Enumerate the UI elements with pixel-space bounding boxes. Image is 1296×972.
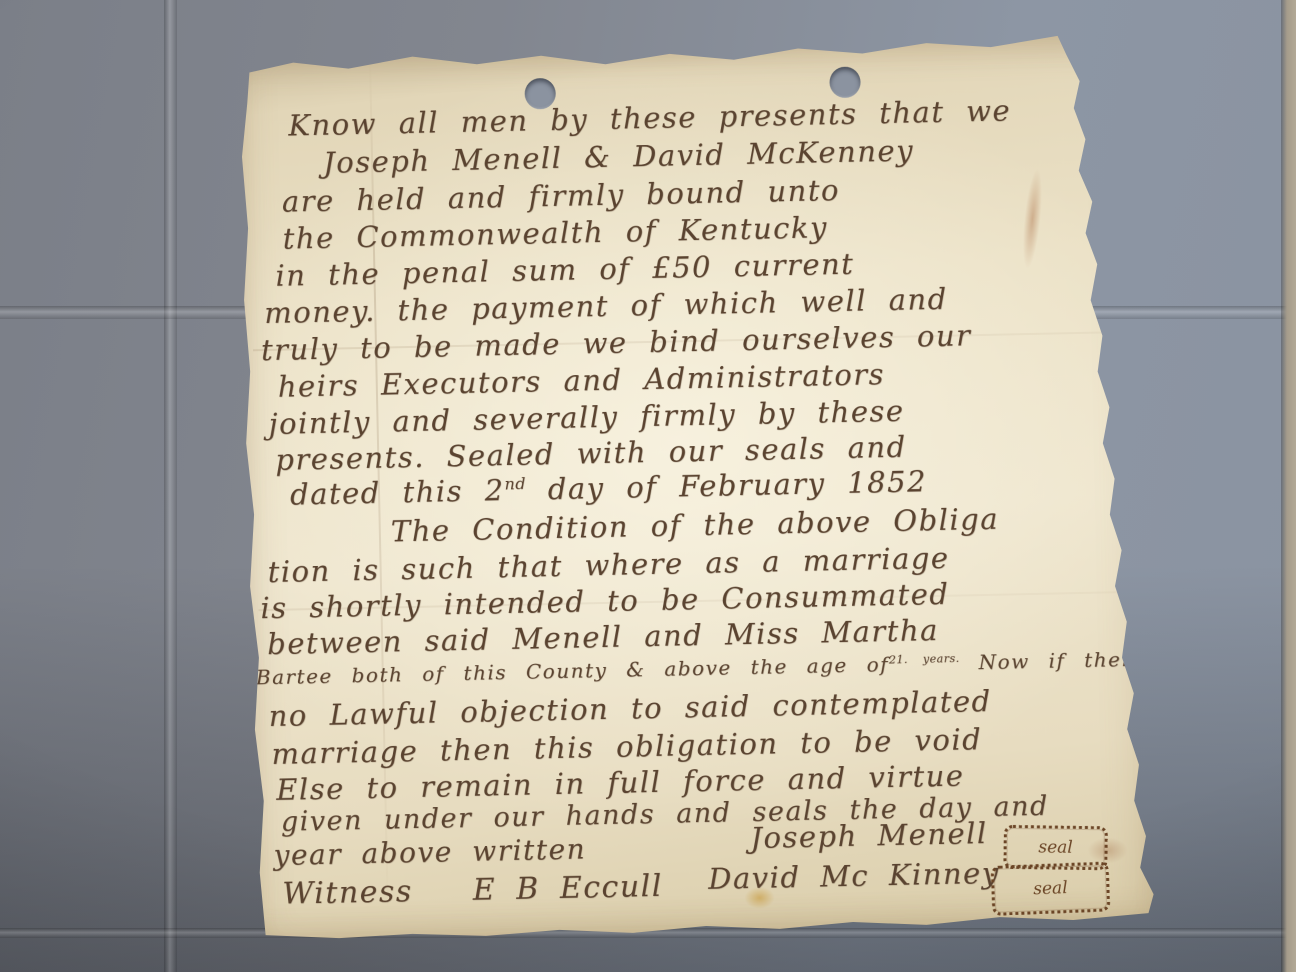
witness-signature: E B Eccull xyxy=(472,869,663,908)
panel-seam-vertical-left xyxy=(164,0,177,972)
closing-year-line: year above written xyxy=(273,832,586,872)
witness-label: Witness xyxy=(282,874,413,912)
document-paper: Know all men by these presents that weJo… xyxy=(229,30,1166,944)
panel-seam-vertical-right xyxy=(1281,0,1296,972)
seal-doodle-2: seal xyxy=(991,861,1111,915)
signature-david-mckinney: David Mc Kinney xyxy=(708,856,1000,896)
seal-label-2: seal xyxy=(1033,878,1068,899)
punch-hole-right xyxy=(829,66,861,98)
signature-joseph-menell: Joseph Menell xyxy=(750,816,988,855)
seal-label-1: seal xyxy=(1038,837,1073,857)
witness-line: Witness E B Eccull xyxy=(282,869,663,912)
ink-stain xyxy=(1019,168,1045,269)
photo-of-document: Know all men by these presents that weJo… xyxy=(0,0,1296,972)
